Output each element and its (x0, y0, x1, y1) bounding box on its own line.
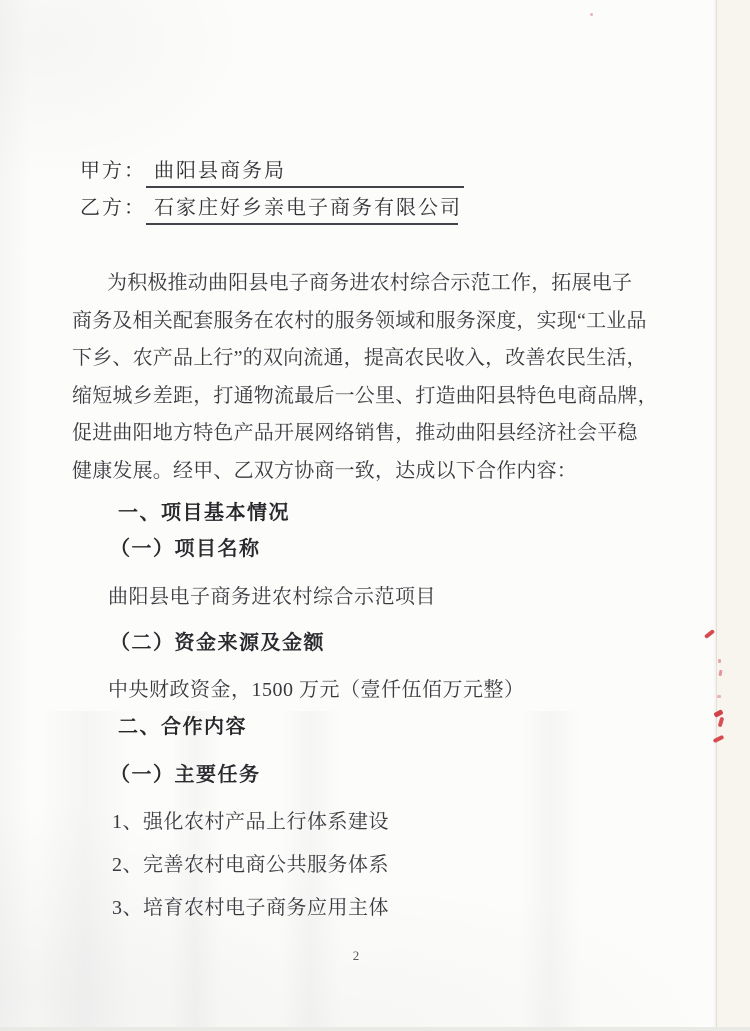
heading-main-tasks: （一）主要任务 (110, 762, 261, 788)
scanned-contract-page: 甲方：曲阳县商务局 乙方：石家庄好乡亲电子商务有限公司 为积极推动曲阳县电子商务… (0, 0, 750, 1031)
task-item-2: 2、完善农村电商公共服务体系 (112, 852, 389, 878)
party-a-row: 甲方：曲阳县商务局 (80, 158, 464, 188)
heading-project-name: （一）项目名称 (110, 536, 261, 562)
party-b-label: 乙方： (80, 197, 146, 219)
party-a-value: 曲阳县商务局 (146, 158, 464, 188)
preamble-paragraph: 为积极推动曲阳县电子商务进农村综合示范工作，拓展电子 商务及相关配套服务在农村的… (72, 265, 682, 490)
task-item-3: 3、培育农村电子商务应用主体 (112, 895, 389, 921)
task-item-1: 1、强化农村产品上行体系建设 (112, 809, 389, 835)
preamble-line: 为积极推动曲阳县电子商务进农村综合示范工作，拓展电子 (72, 265, 682, 303)
preamble-line: 健康发展。经甲、乙双方协商一致，达成以下合作内容： (72, 453, 682, 491)
project-name-text: 曲阳县电子商务进农村综合示范项目 (108, 584, 436, 610)
preamble-line: 下乡、农产品上行”的双向流通，提高农民收入，改善农民生活， (72, 340, 682, 378)
heading-cooperation-content: 二、合作内容 (118, 714, 247, 740)
heading-project-overview: 一、项目基本情况 (118, 500, 290, 526)
preamble-line: 促进曲阳地方特色产品开展网络销售，推动曲阳县经济社会平稳 (72, 415, 682, 453)
page-number: 2 (0, 948, 712, 964)
funding-amount-text: 中央财政资金，1500 万元（壹仟伍佰万元整） (108, 677, 525, 703)
scan-streak (520, 711, 580, 1031)
party-b-row: 乙方：石家庄好乡亲电子商务有限公司 (80, 195, 458, 225)
preamble-line: 缩短城乡差距，打通物流最后一公里、打造曲阳县特色电商品牌， (72, 378, 682, 416)
paper-edge (716, 0, 750, 1031)
heading-funding-source: （二）资金来源及金额 (110, 630, 325, 656)
red-ink-speck (590, 13, 593, 16)
scan-bottom-edge (0, 1027, 750, 1031)
party-b-value: 石家庄好乡亲电子商务有限公司 (146, 195, 458, 225)
preamble-line: 商务及相关配套服务在农村的服务领域和服务深度，实现“工业品 (72, 303, 682, 341)
party-a-label: 甲方： (80, 160, 146, 182)
